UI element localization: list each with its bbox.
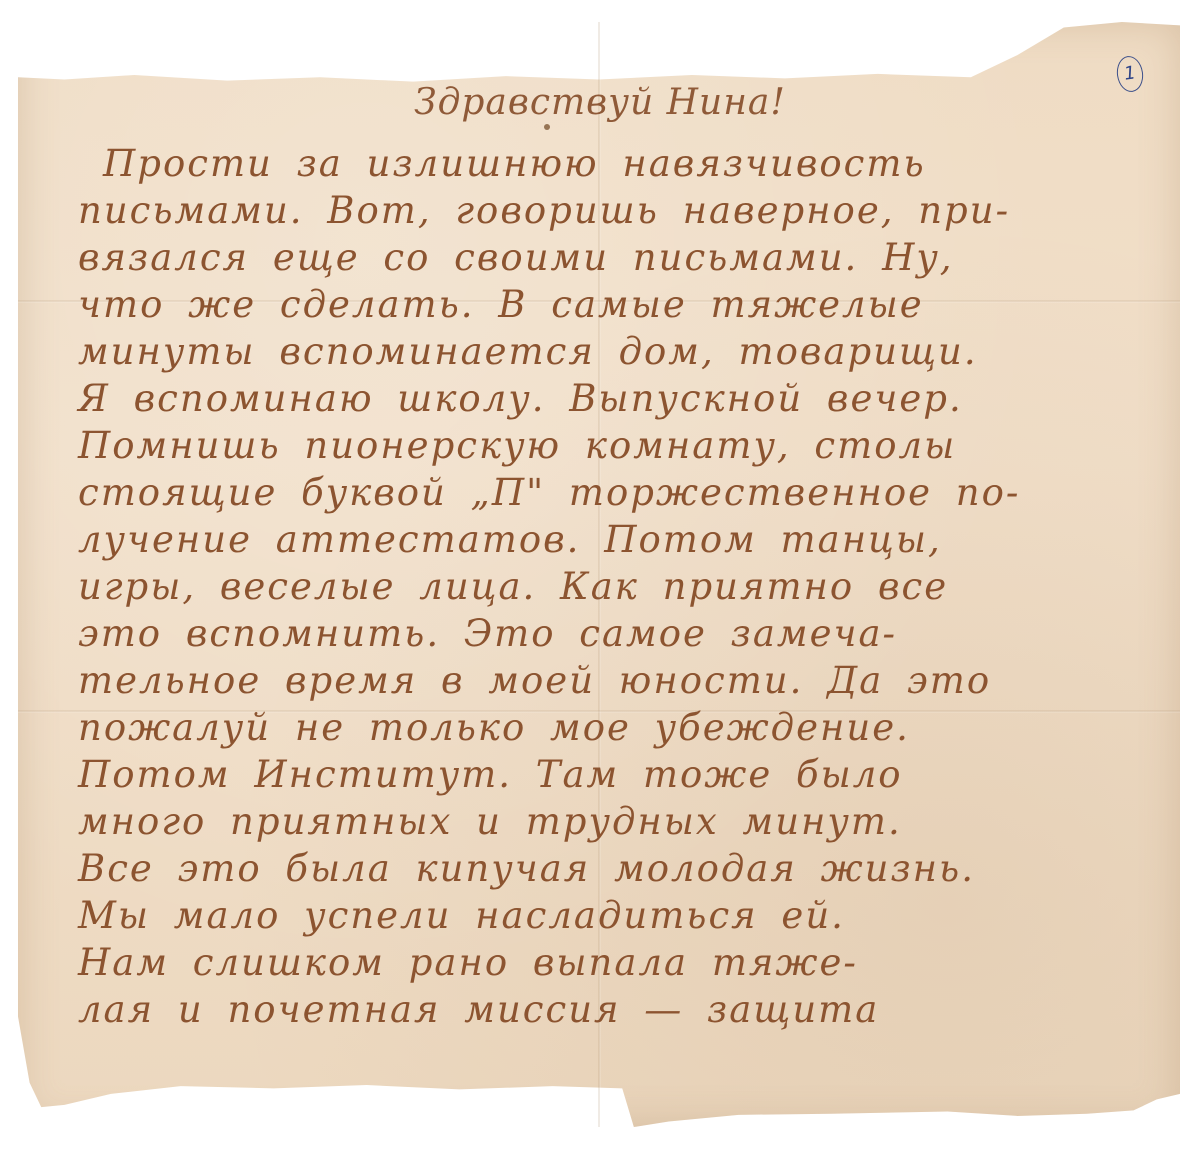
letter-line: тельное время в моей юности. Да это xyxy=(78,657,1138,704)
letter-line: лучение аттестатов. Потом танцы, xyxy=(78,516,1138,563)
letter-line: Потом Институт. Там тоже было xyxy=(78,751,1138,798)
letter-line: что же сделать. В самые тяжелые xyxy=(78,281,1138,328)
letter-line: Прости за излишнюю навязчивость xyxy=(78,140,1138,187)
letter-line: письмами. Вот, говоришь наверное, при- xyxy=(78,187,1138,234)
letter-line: Мы мало успели насладиться ей. xyxy=(78,892,1138,939)
letter-line: пожалуй не только мое убеждение. xyxy=(78,704,1138,751)
letter-line: лая и почетная миссия — защита xyxy=(78,986,1138,1033)
letter-line: вязался еще со своими письмами. Ну, xyxy=(78,234,1138,281)
letter-line: Все это была кипучая молодая жизнь. xyxy=(78,845,1138,892)
letter-greeting: Здравствуй Нина! xyxy=(0,82,1200,123)
letter-line: Я вспоминаю школу. Выпускной вечер. xyxy=(78,375,1138,422)
letter-line: игры, веселые лица. Как приятно все xyxy=(78,563,1138,610)
letter-line: минуты вспоминается дом, товарищи. xyxy=(78,328,1138,375)
letter-line: это вспомнить. Это самое замеча- xyxy=(78,610,1138,657)
letter-line: Помнишь пионерскую комнату, столы xyxy=(78,422,1138,469)
letter-body: Прости за излишнюю навязчивость письмами… xyxy=(78,140,1138,1080)
letter-line xyxy=(78,1033,1138,1080)
ink-stain xyxy=(544,124,550,130)
letter-line: стоящие буквой „П" торжественное по- xyxy=(78,469,1138,516)
letter-line: Нам слишком рано выпала тяже- xyxy=(78,939,1138,986)
letter-line: много приятных и трудных минут. xyxy=(78,798,1138,845)
